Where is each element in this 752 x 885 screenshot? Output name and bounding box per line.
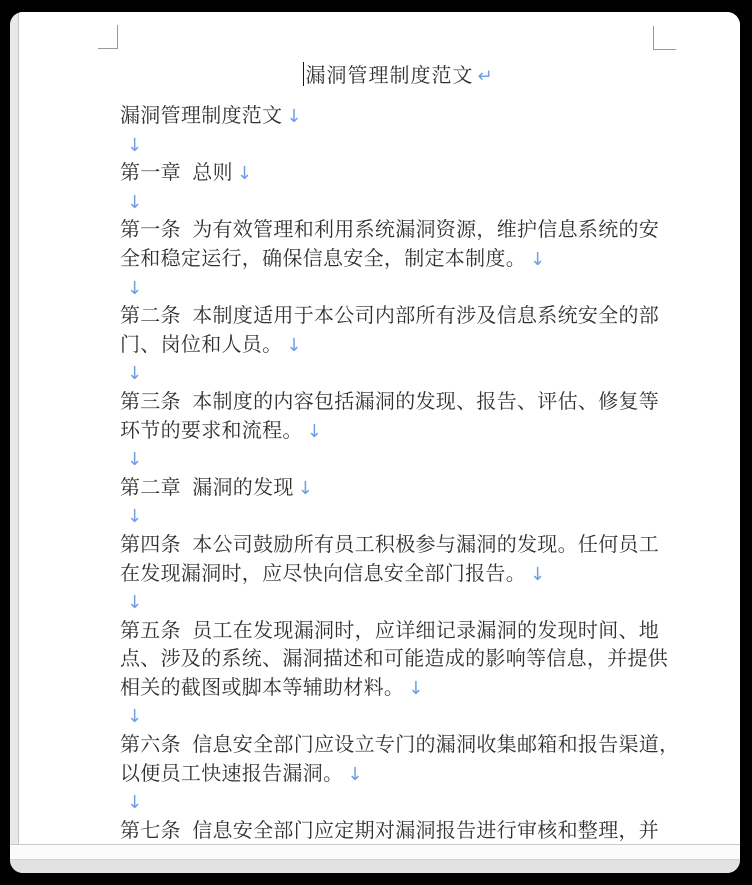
document-line-text: 以便员工快速报告漏洞。 <box>120 763 343 785</box>
document-line-text: 第二章 漏洞的发现 <box>120 477 294 499</box>
document-line-text: 门、岗位和人员。 <box>120 334 282 356</box>
window-bottom-inner-bar <box>10 844 740 860</box>
document-line: 第二章 漏洞的发现↓ <box>120 474 690 503</box>
document-line-text: 第四条 本公司鼓励所有员工积极参与漏洞的发现。任何员工 <box>120 534 659 556</box>
line-break-mark-icon: ↓ <box>408 678 423 699</box>
document-line: 第三条 本制度的内容包括漏洞的发现、报告、评估、修复等 <box>120 388 690 417</box>
document-line: ↓ <box>120 588 690 617</box>
document-line-text: 在发现漏洞时，应尽快向信息安全部门报告。 <box>120 563 526 585</box>
text-boundary-mark-top-right-icon <box>653 26 676 50</box>
document-line: 在发现漏洞时，应尽快向信息安全部门报告。↓ <box>120 560 690 589</box>
document-line-text: 点、涉及的系统、漏洞描述和可能造成的影响等信息，并提供 <box>120 648 668 670</box>
document-line: ↓ <box>120 359 690 388</box>
document-line: 第五条 员工在发现漏洞时，应详细记录漏洞的发现时间、地 <box>120 617 690 646</box>
document-line-text: 第五条 员工在发现漏洞时，应详细记录漏洞的发现时间、地 <box>120 620 659 642</box>
line-break-mark-icon: ↓ <box>127 363 142 384</box>
line-break-mark-icon: ↓ <box>127 792 142 813</box>
document-line-text: 第三条 本制度的内容包括漏洞的发现、报告、评估、修复等 <box>120 391 659 413</box>
paragraph-return-mark-icon: ↵ <box>477 66 492 87</box>
document-line-text: 第二条 本制度适用于本公司内部所有涉及信息系统安全的部 <box>120 305 659 327</box>
document-line: ↓ <box>120 188 690 217</box>
line-break-mark-icon: ↓ <box>127 192 142 213</box>
document-line: 相关的截图或脚本等辅助材料。↓ <box>120 674 690 703</box>
line-break-mark-icon: ↓ <box>286 335 301 356</box>
document-line-text: 第七条 信息安全部门应定期对漏洞报告进行审核和整理，并 <box>120 820 659 842</box>
line-break-mark-icon: ↓ <box>286 106 301 127</box>
line-break-mark-icon: ↓ <box>530 564 545 585</box>
app-canvas-left-edge <box>10 12 19 844</box>
document-page[interactable]: 漏洞管理制度范文↵ 漏洞管理制度范文↓↓第一章 总则↓↓第一条 为有效管理和利用… <box>19 12 740 844</box>
text-boundary-mark-top-left-icon <box>98 25 118 49</box>
document-line-text: 漏洞管理制度范文 <box>120 105 282 127</box>
document-line: 漏洞管理制度范文↓ <box>120 102 690 131</box>
line-break-mark-icon: ↓ <box>127 506 142 527</box>
line-break-mark-icon: ↓ <box>127 706 142 727</box>
document-line: 全和稳定运行，确保信息安全，制定本制度。↓ <box>120 245 690 274</box>
window-bottom-outer-bar <box>10 859 740 873</box>
document-line: 点、涉及的系统、漏洞描述和可能造成的影响等信息，并提供 <box>120 645 690 674</box>
document-line-text: 第一章 总则 <box>120 162 233 184</box>
document-title-text: 漏洞管理制度范文 <box>305 65 473 87</box>
document-line: 第一条 为有效管理和利用系统漏洞资源，维护信息系统的安 <box>120 216 690 245</box>
document-line-text: 第一条 为有效管理和利用系统漏洞资源，维护信息系统的安 <box>120 219 659 241</box>
document-line: ↓ <box>120 445 690 474</box>
document-line: 以便员工快速报告漏洞。↓ <box>120 760 690 789</box>
document-window: 漏洞管理制度范文↵ 漏洞管理制度范文↓↓第一章 总则↓↓第一条 为有效管理和利用… <box>10 12 740 873</box>
line-break-mark-icon: ↓ <box>307 421 322 442</box>
document-line-text: 相关的截图或脚本等辅助材料。 <box>120 677 404 699</box>
document-line: 门、岗位和人员。↓ <box>120 331 690 360</box>
document-line: 第二条 本制度适用于本公司内部所有涉及信息系统安全的部 <box>120 302 690 331</box>
screenshot-background: { "chrome": { "background_color": "#0000… <box>0 0 752 885</box>
document-line-text: 全和稳定运行，确保信息安全，制定本制度。 <box>120 248 526 270</box>
document-line-text: 第六条 信息安全部门应设立专门的漏洞收集邮箱和报告渠道， <box>120 734 679 756</box>
document-line: ↓ <box>120 502 690 531</box>
document-title-line: 漏洞管理制度范文↵ <box>120 62 676 91</box>
document-line: ↓ <box>120 274 690 303</box>
document-body: 漏洞管理制度范文↓↓第一章 总则↓↓第一条 为有效管理和利用系统漏洞资源，维护信… <box>120 102 690 844</box>
document-line: 第七条 信息安全部门应定期对漏洞报告进行审核和整理，并 <box>120 817 690 844</box>
document-line: ↓ <box>120 702 690 731</box>
line-break-mark-icon: ↓ <box>127 592 142 613</box>
line-break-mark-icon: ↓ <box>237 163 252 184</box>
line-break-mark-icon: ↓ <box>127 135 142 156</box>
document-line-text: 环节的要求和流程。 <box>120 420 303 442</box>
line-break-mark-icon: ↓ <box>298 478 313 499</box>
line-break-mark-icon: ↓ <box>127 278 142 299</box>
document-line: ↓ <box>120 788 690 817</box>
document-line: 第一章 总则↓ <box>120 159 690 188</box>
document-line: 第四条 本公司鼓励所有员工积极参与漏洞的发现。任何员工 <box>120 531 690 560</box>
document-line: 第六条 信息安全部门应设立专门的漏洞收集邮箱和报告渠道， <box>120 731 690 760</box>
line-break-mark-icon: ↓ <box>530 249 545 270</box>
line-break-mark-icon: ↓ <box>347 764 362 785</box>
line-break-mark-icon: ↓ <box>127 449 142 470</box>
document-line: ↓ <box>120 131 690 160</box>
document-line: 环节的要求和流程。↓ <box>120 417 690 446</box>
